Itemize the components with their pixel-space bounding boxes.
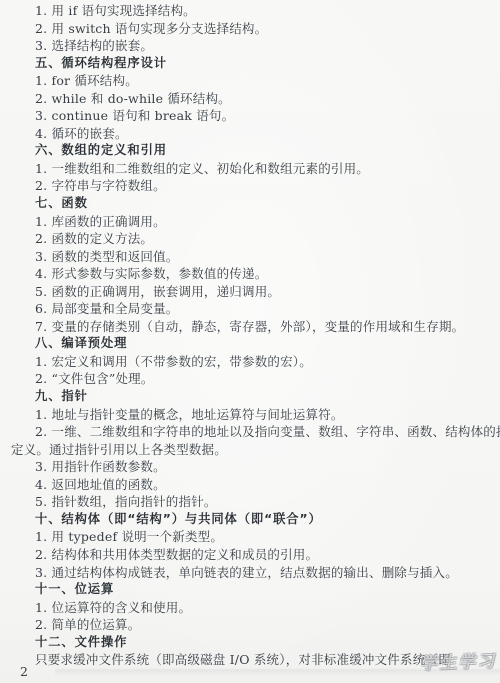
text-line: 定义。通过指针引用以上各类型数据。: [11, 441, 496, 459]
text-line: 6. 局部变量和全局变量。: [11, 300, 496, 318]
section-header: 七、函数: [11, 195, 496, 213]
text-line: 2. 函数的定义方法。: [11, 230, 496, 248]
document-page: 1. 用 if 语句实现选择结构。2. 用 switch 语句实现多分支选择结构…: [0, 0, 500, 683]
text-line: 7. 变量的存储类别（自动，静态，寄存器，外部），变量的作用域和生存期。: [11, 318, 496, 336]
section-header: 十二、文件操作: [11, 634, 496, 652]
content-lines: 1. 用 if 语句实现选择结构。2. 用 switch 语句实现多分支选择结构…: [11, 2, 496, 669]
text-line: 3. 函数的类型和返回值。: [11, 248, 496, 266]
scan-shadow: [55, 669, 500, 676]
text-line: 3. 选择结构的嵌套。: [11, 37, 496, 55]
text-line: 1. 用 typedef 说明一个新类型。: [11, 528, 496, 546]
section-header: 六、数组的定义和引用: [11, 142, 496, 160]
section-header: 八、编译预处理: [11, 335, 496, 353]
text-line: 4. 循环的嵌套。: [11, 125, 496, 143]
text-line: 2. while 和 do-while 循环结构。: [11, 90, 496, 108]
text-line: 1. for 循环结构。: [11, 72, 496, 90]
text-line: 4. 返回地址值的函数。: [11, 476, 496, 494]
section-header: 十、结构体（即“结构”）与共同体（即“联合”）: [11, 511, 496, 529]
text-line: 1. 一维数组和二维数组的定义、初始化和数组元素的引用。: [11, 160, 496, 178]
section-header: 五、循环结构程序设计: [11, 55, 496, 73]
text-line: 2. “文件包含”处理。: [11, 370, 496, 388]
page-number: 2: [20, 664, 28, 679]
text-line: 1. 宏定义和调用（不带参数的宏，带参数的宏）。: [11, 353, 496, 371]
text-line: 1. 位运算符的含义和使用。: [11, 599, 496, 617]
text-line: 1. 用 if 语句实现选择结构。: [11, 2, 496, 20]
text-line: 2. 用 switch 语句实现多分支选择结构。: [11, 20, 496, 38]
text-line: 3. 通过结构体构成链表，单向链表的建立，结点数据的输出、删除与插入。: [11, 564, 496, 582]
text-line: 5. 指针数组，指向指针的指针。: [11, 493, 496, 511]
text-line: 1. 地址与指针变量的概念，地址运算符与间址运算符。: [11, 406, 496, 424]
text-line: 2. 字符串与字符数组。: [11, 177, 496, 195]
section-header: 九、指针: [11, 388, 496, 406]
text-line: 3. 用指针作函数参数。: [11, 458, 496, 476]
section-header: 十一、位运算: [11, 581, 496, 599]
text-line: 3. continue 语句和 break 语句。: [11, 107, 496, 125]
text-line: 2. 一维、二维数组和字符串的地址以及指向变量、数组、字符串、函数、结构体的指针…: [11, 423, 496, 441]
text-line: 只要求缓冲文件系统（即高级磁盘 I/O 系统），对非标准缓冲文件系统（即: [11, 651, 496, 669]
text-line: 2. 简单的位运算。: [11, 616, 496, 634]
text-line: 1. 库函数的正确调用。: [11, 213, 496, 231]
text-line: 2. 结构体和共用体类型数据的定义和成员的引用。: [11, 546, 496, 564]
text-line: 4. 形式参数与实际参数，参数值的传递。: [11, 265, 496, 283]
text-line: 5. 函数的正确调用，嵌套调用，递归调用。: [11, 283, 496, 301]
